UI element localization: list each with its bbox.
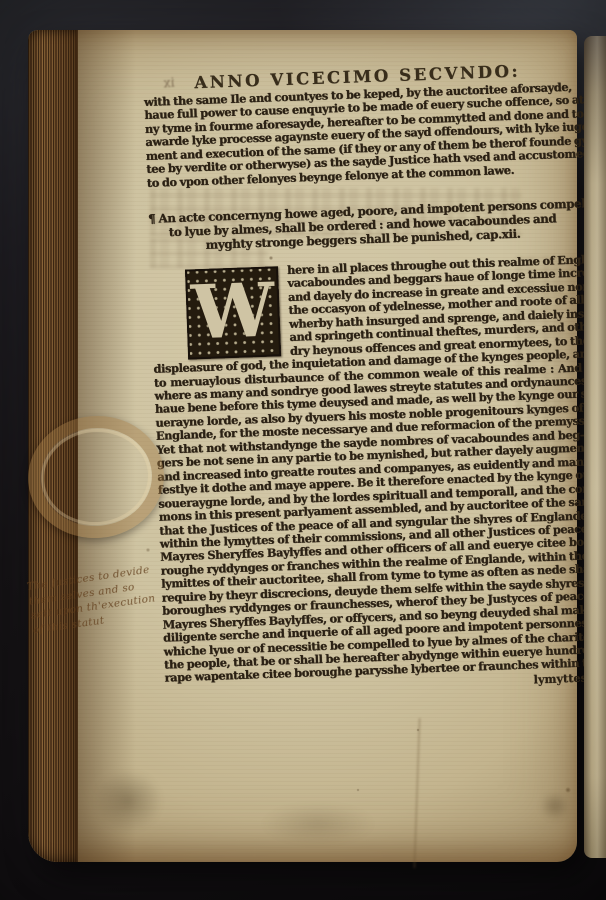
paper-stain [243, 796, 393, 852]
statute-body-paragraph: W here in all places throughe out this r… [150, 253, 593, 699]
paper-stain [534, 786, 576, 826]
printed-text-block: ix ANNO VICECIMO SECVNDO: with the same … [143, 60, 593, 700]
statute-closing-paragraph: with the same Ile and countyes to be kep… [144, 81, 575, 190]
paper-stain [80, 758, 176, 844]
folio-number-show-through: ix [163, 76, 176, 92]
act-heading: ¶ An acte concernyng howe aged, poore, a… [148, 198, 577, 255]
woodcut-initial: W [185, 266, 281, 359]
facing-page-edge [584, 36, 606, 858]
drop-cap-letter: W [185, 266, 281, 359]
paper-crease [413, 718, 420, 868]
photograph-background: ix ANNO VICECIMO SECVNDO: with the same … [0, 0, 606, 900]
